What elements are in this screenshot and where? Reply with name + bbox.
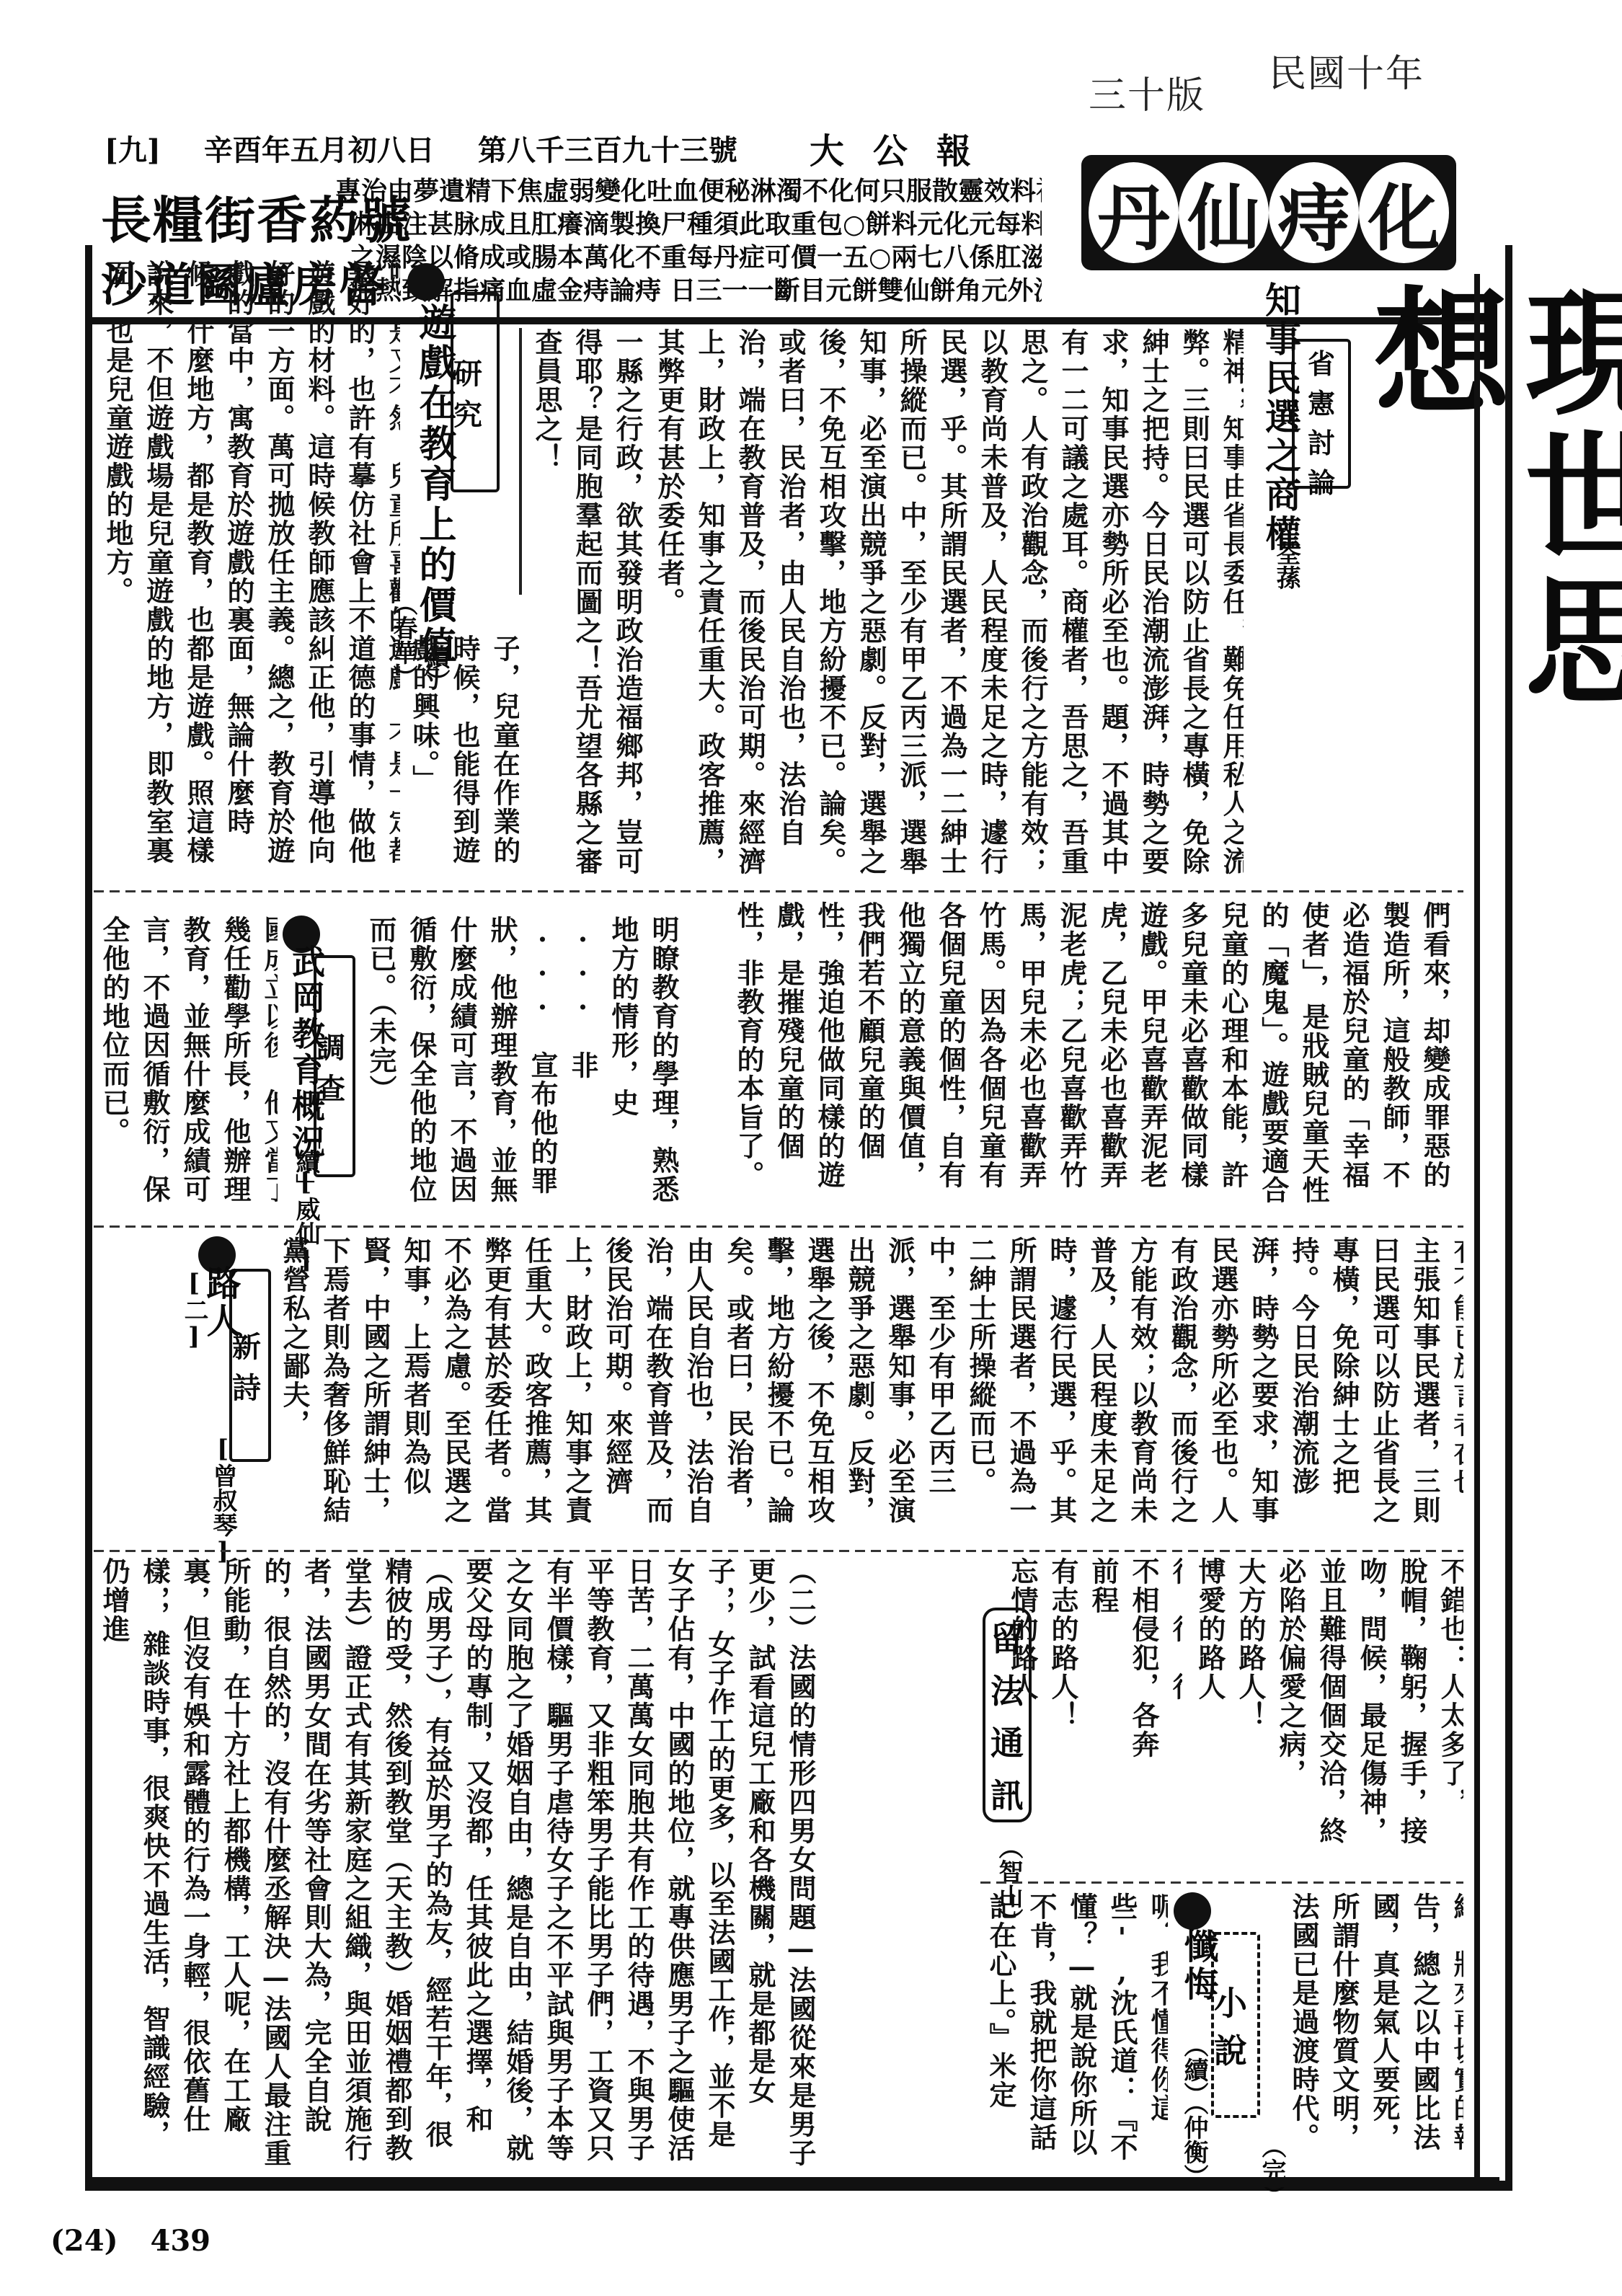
ad-line-1: 專治由夢遺精下焦虛弱變化吐血便秘淋濁不化何只服散靈效料神救命每兩丹血○壹○毎瓶一… bbox=[335, 173, 1042, 209]
bullet-icon bbox=[1174, 1892, 1211, 1930]
article-body-luren: 自尊的頭頂，一刹那就出發了嗎？聰明的路人！倫俐的路人!!（二）相逢不具禮節，不通… bbox=[1189, 1557, 1463, 1867]
page-number: 439 bbox=[151, 2224, 211, 2258]
paper-name: 大公報 bbox=[810, 123, 1000, 173]
article-text: 明瞭教育的學理，熟悉地方的情形，史 ... 非 ... 宣布他的罪狀，他辦理教育… bbox=[360, 916, 683, 1204]
page-marker: [九] bbox=[105, 128, 161, 169]
article-body-youxi: 我們既然知道兒童遊戲，是教育的最好機會，那末，我們應該任兒童自由遊戲，一些不去過… bbox=[97, 260, 400, 879]
ad-line-2: 淋由注甚脉成且肛癢滴製換尸種須此取重包○餅料元化元每料如法另惡毒元餅外原 bbox=[350, 206, 1042, 242]
article-body-chanhui: 進兒的婚事，因為父親喪事，久已沒提及，但是沈氏心裏，却從沒把這事丟開，他因為丈夫… bbox=[980, 1892, 1168, 2173]
article-body-wugang-cont: 明瞭教育的學理，熟悉地方的情形，史 ... 非 ... 宣布他的罪狀，他辦理教育… bbox=[360, 916, 721, 1204]
poem-text: 自尊的頭頂，一刹那就出發了嗎？聰明的路人！倫俐的路人!!（二）相逢不具禮節，不通… bbox=[1189, 1557, 1463, 1867]
article-body-wugang: 閱者欲知道這位所長是什麼人麼？姓劉名遜青的，他是個優級師範生，在前清時代，曾經當… bbox=[94, 916, 278, 1204]
article-body-zhishi-minxuan: 吾披閱省憲法至知事民選一條，反覆三思，實有不能已於言者在也。主張知事民選者，則曰… bbox=[649, 328, 1244, 883]
masthead-column: 現世思想 bbox=[1355, 267, 1492, 843]
row-divider bbox=[94, 1225, 1463, 1228]
article-text: 吾披閱省憲法至知事民選一條，反覆三思，實有不能已於言者在也。主張知事民選者，三則… bbox=[274, 1236, 1463, 1525]
article-author: [曾叔琴] bbox=[205, 1435, 241, 1566]
article-body-liufa: （二）法國的情形四男女問題—法國從來是男子更少，試看這兒工廠和各機關，就是都是女… bbox=[94, 1557, 973, 2177]
article-text: 吾披閱省憲法至知事民選一條，反覆三思，實有不能已於言者在也。主張知事民選者，則曰… bbox=[649, 328, 1244, 883]
masthead-divider bbox=[1474, 274, 1480, 2177]
article-part: [二] bbox=[177, 1269, 212, 1351]
header-bar: [九] 辛酉年五月初八日 第八千三百九十三號 大公報 bbox=[105, 126, 898, 169]
article-heading-youxi bbox=[407, 263, 445, 303]
article-end-mark: （完） bbox=[1254, 2134, 1290, 2207]
header-date: 辛酉年五月初八日 bbox=[204, 128, 435, 169]
article-text: 比中國人的服務還要勤，地板比桌子更乾淨，實在自來水其他種種物質上的方便，貧富都都… bbox=[1283, 1892, 1463, 2173]
row-divider bbox=[94, 890, 1463, 892]
article-heading-chanhui bbox=[1174, 1892, 1211, 1933]
article-text: 是最好的方法。遊戲能發起永久的興味多方的興味，這時候教師利用兒童的本能，適如其分… bbox=[728, 901, 1463, 1211]
article-body-zhishi-minxuan-cont: 非有資格不能與考，考得時非有成績不能錄用。委任之知事，上焉者則為似是而非之假道學… bbox=[526, 328, 645, 883]
article-text: 進兒的婚事，因為父親喪事，久已沒提及，但是沈氏心裏，却從沒把這事丟開，他因為丈夫… bbox=[980, 1892, 1168, 2173]
handwritten-note-date: 民國十年 bbox=[1269, 43, 1424, 97]
article-author: （仲衡） bbox=[1176, 2091, 1212, 2189]
row-divider bbox=[980, 1881, 1463, 1884]
article-text: 我們既然知道兒童遊戲，是教育的最好機會，那末，我們應該任兒童自由遊戲，一些不去過… bbox=[97, 260, 400, 879]
article-body-liufa-end: 比中國人的服務還要勤，地板比桌子更乾淨，實在自來水其他種種物質上的方便，貧富都都… bbox=[1283, 1892, 1463, 2173]
header-issue-number: 第八千三百九十三號 bbox=[478, 128, 737, 169]
masthead-title: 現世思想 bbox=[1355, 281, 1622, 843]
section-label-france-correspondence: 留法通訊 bbox=[983, 1608, 1032, 1822]
article-title-zhishi-minxuan: 知事民選之商權 bbox=[1254, 281, 1306, 554]
handwritten-note-page: 三十版 bbox=[1089, 65, 1205, 119]
article-text: 閱者欲知道這位所長是什麼人麼？姓劉名遜青的，他是個優級師範生，在前清時代，曾經當… bbox=[94, 916, 278, 1204]
article-body-youxi-row2: 是最好的方法。遊戲能發起永久的興味多方的興味，這時候教師利用兒童的本能，適如其分… bbox=[728, 901, 1463, 1211]
column-divider bbox=[519, 328, 522, 595]
volume-marker: (24) bbox=[50, 2224, 118, 2258]
article-text: 非有資格不能與考，考得時非有成績不能錄用。委任之知事，上焉者則為似是而非之假道學… bbox=[526, 328, 645, 883]
article-title-chanhui: 懺悔 bbox=[1174, 1928, 1223, 2003]
article-text: （二）法國的情形四男女問題—法國從來是男子更少，試看這兒工廠和各機關，就是都是女… bbox=[94, 1557, 820, 2177]
row-divider bbox=[94, 1550, 1463, 1552]
bottom-rule bbox=[87, 2177, 1499, 2187]
bullet-icon bbox=[407, 263, 445, 301]
article-body-youxi-cont: 不但教室裏面是施教育的地方，遊戲場也是施教育的地方；遊戲即是教育，教育即是遊戲。… bbox=[404, 634, 519, 879]
footer: (24) 439 bbox=[50, 2224, 210, 2258]
article-text: 不但教室裏面是施教育的地方，遊戲場也是施教育的地方；遊戲即是教育，教育即是遊戲。… bbox=[404, 634, 519, 879]
article-body-row3: 吾披閱省憲法至知事民選一條，反覆三思，實有不能已於言者在也。主張知事民選者，三則… bbox=[274, 1236, 1463, 1525]
